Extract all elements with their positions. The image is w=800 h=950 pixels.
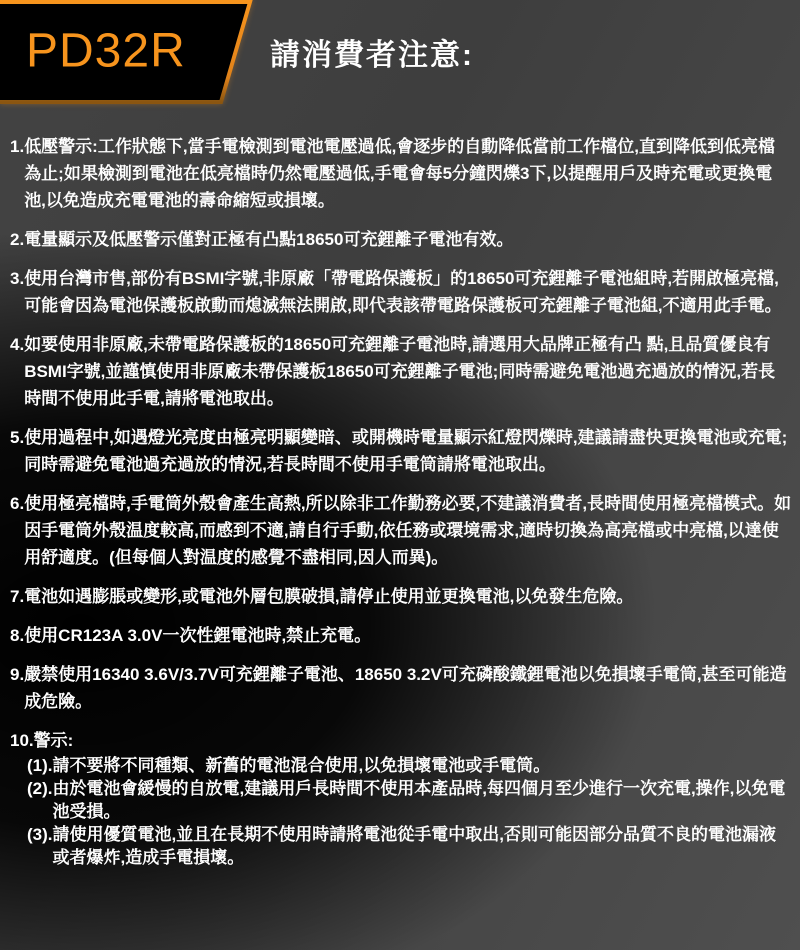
notice-subitem-3: (3). 請使用優質電池,並且在長期不使用時請將電池從手電中取出,否則可能因部分… (27, 823, 792, 869)
item-number: 2. (10, 226, 24, 253)
model-badge: PD32R (0, 0, 256, 106)
subitem-text: 由於電池會緩慢的自放電,建議用戶長時間不使用本產品時,每四個月至少進行一次充電,… (53, 777, 793, 823)
notice-item-10-heading: 10. 警示: (10, 727, 792, 754)
notice-item-6: 6. 使用極亮檔時,手電筒外殼會產生高熱,所以除非工作勤務必要,不建議消費者,長… (10, 490, 792, 571)
item-number: 8. (10, 622, 24, 649)
item-number: 7. (10, 583, 24, 610)
subitem-text: 請不要將不同種類、新舊的電池混合使用,以免損壞電池或手電筒。 (53, 754, 793, 777)
notice-list: 1. 低壓警示:工作狀態下,當手電檢測到電池電壓過低,會逐步的自動降低當前工作檔… (0, 133, 800, 869)
notice-item-5: 5. 使用過程中,如遇燈光亮度由極亮明顯變暗、或開機時電量顯示紅燈閃爍時,建議請… (10, 424, 792, 478)
item-text: 嚴禁使用16340 3.6V/3.7V可充鋰離子電池、18650 3.2V可充磷… (24, 661, 792, 715)
consumer-notice-page: PD32R 請消費者注意: 1. 低壓警示:工作狀態下,當手電檢測到電池電壓過低… (0, 0, 800, 950)
item-number: 1. (10, 133, 24, 214)
header: PD32R 請消費者注意: (0, 0, 800, 106)
subitem-number: (2). (27, 777, 53, 823)
notice-item-3: 3. 使用台灣市售,部份有BSMI字號,非原廠「帶電路保護板」的18650可充鋰… (10, 265, 792, 319)
notice-subitem-1: (1). 請不要將不同種類、新舊的電池混合使用,以免損壞電池或手電筒。 (27, 754, 792, 777)
item-text: 使用過程中,如遇燈光亮度由極亮明顯變暗、或開機時電量顯示紅燈閃爍時,建議請盡快更… (24, 424, 792, 478)
item-text: 使用台灣市售,部份有BSMI字號,非原廠「帶電路保護板」的18650可充鋰離子電… (24, 265, 792, 319)
sub-list: (1). 請不要將不同種類、新舊的電池混合使用,以免損壞電池或手電筒。 (2).… (10, 754, 792, 869)
item-text: 電池如遇膨脹或變形,或電池外層包膜破損,請停止使用並更換電池,以免發生危險。 (24, 583, 792, 610)
item-text: 使用CR123A 3.0V一次性鋰電池時,禁止充電。 (24, 622, 792, 649)
item-number: 6. (10, 490, 24, 571)
item-text: 如要使用非原廠,未帶電路保護板的18650可充鋰離子電池時,請選用大品牌正極有凸… (24, 331, 792, 412)
subitem-number: (1). (27, 754, 53, 777)
item-text: 警示: (34, 727, 792, 754)
notice-item-10: 10. 警示: (1). 請不要將不同種類、新舊的電池混合使用,以免損壞電池或手… (10, 727, 792, 869)
notice-item-1: 1. 低壓警示:工作狀態下,當手電檢測到電池電壓過低,會逐步的自動降低當前工作檔… (10, 133, 792, 214)
page-title: 請消費者注意: (270, 30, 474, 74)
item-number: 5. (10, 424, 24, 478)
notice-subitem-2: (2). 由於電池會緩慢的自放電,建議用戶長時間不使用本產品時,每四個月至少進行… (27, 777, 792, 823)
notice-item-8: 8. 使用CR123A 3.0V一次性鋰電池時,禁止充電。 (10, 622, 792, 649)
item-number: 10. (10, 727, 34, 754)
subitem-number: (3). (27, 823, 53, 869)
notice-item-4: 4. 如要使用非原廠,未帶電路保護板的18650可充鋰離子電池時,請選用大品牌正… (10, 331, 792, 412)
subitem-text: 請使用優質電池,並且在長期不使用時請將電池從手電中取出,否則可能因部分品質不良的… (53, 823, 793, 869)
notice-item-9: 9. 嚴禁使用16340 3.6V/3.7V可充鋰離子電池、18650 3.2V… (10, 661, 792, 715)
item-text: 低壓警示:工作狀態下,當手電檢測到電池電壓過低,會逐步的自動降低當前工作檔位,直… (24, 133, 792, 214)
item-number: 9. (10, 661, 24, 715)
item-number: 3. (10, 265, 24, 319)
notice-item-7: 7. 電池如遇膨脹或變形,或電池外層包膜破損,請停止使用並更換電池,以免發生危險… (10, 583, 792, 610)
item-text: 使用極亮檔時,手電筒外殼會產生高熱,所以除非工作勤務必要,不建議消費者,長時間使… (24, 490, 792, 571)
model-name: PD32R (26, 23, 186, 78)
item-number: 4. (10, 331, 24, 412)
notice-item-2: 2. 電量顯示及低壓警示僅對正極有凸點18650可充鋰離子電池有效。 (10, 226, 792, 253)
item-text: 電量顯示及低壓警示僅對正極有凸點18650可充鋰離子電池有效。 (24, 226, 792, 253)
